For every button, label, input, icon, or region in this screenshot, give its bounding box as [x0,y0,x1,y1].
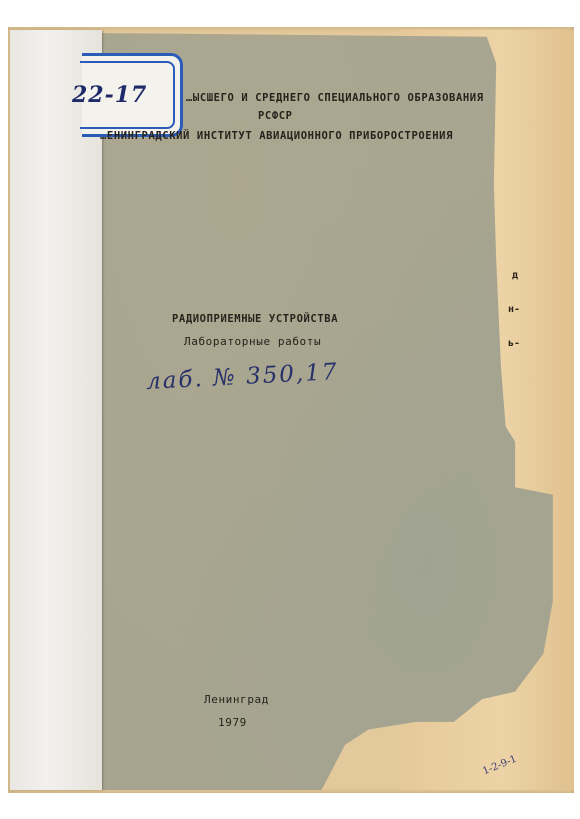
edge-mark-1: д [512,270,518,281]
header-institute: …енинградский институт авиационного приб… [100,130,453,142]
header-rsfsr: РСФСР [258,110,293,122]
label-number: 22-17 [72,82,182,108]
document-title: Радиоприемные устройства [172,313,338,325]
document-subtitle: Лабораторные работы [184,335,321,348]
edge-mark-2: н- [508,304,520,315]
header-ministry: …ысшего и среднего специального образова… [186,92,484,104]
edge-mark-3: ь- [508,338,520,349]
publication-city: Ленинград [204,693,269,706]
spine-tape [10,30,102,790]
publication-year: 1979 [218,716,247,729]
